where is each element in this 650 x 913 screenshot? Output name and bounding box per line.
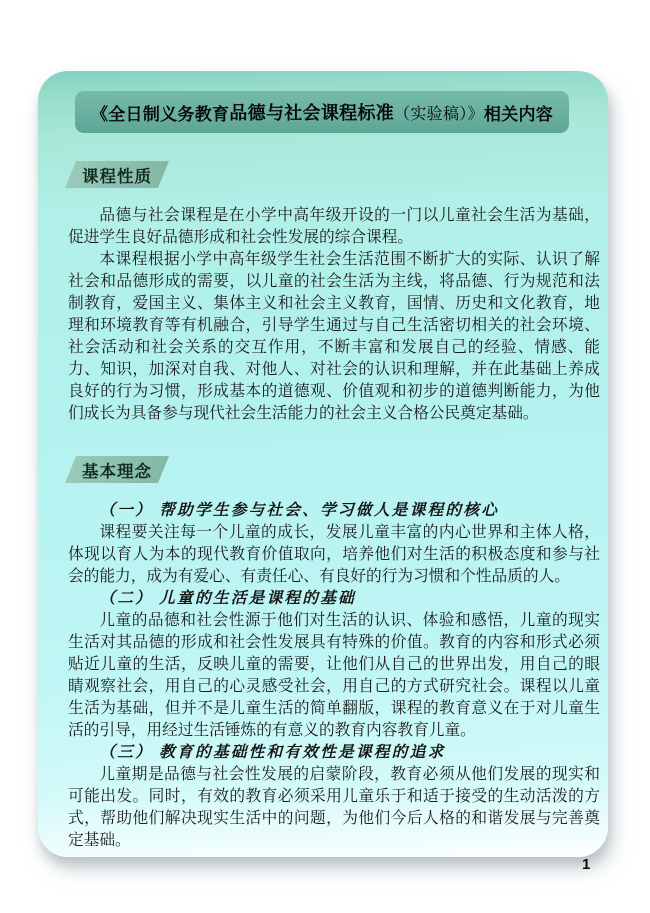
subsection-body: 儿童期是品德与社会性发展的启蒙阶段，教育必须从他们发展的现实和可能出发。同时，有… bbox=[68, 764, 600, 852]
title-emphasis: 品德与社会课程标准 bbox=[229, 99, 394, 125]
subsection-title: （一） 帮助学生参与社会、学习做人是课程的核心 bbox=[68, 500, 600, 522]
section-heading-badge-basic-ideas: 基本理念 bbox=[65, 456, 169, 483]
title-prefix: 《全日制义务教育 bbox=[91, 100, 229, 125]
section-heading-badge-course-nature: 课程性质 bbox=[65, 161, 169, 188]
paragraph: 本课程根据小学中高年级学生社会生活范围不断扩大的实际、认识了解社会和品德形成的需… bbox=[68, 249, 600, 425]
subsection-body: 儿童的品德和社会性源于他们对生活的认识、体验和感悟，儿童的现实生活对其品德的形成… bbox=[68, 610, 600, 742]
subsection-title: （二） 儿童的生活是课程的基础 bbox=[68, 588, 600, 610]
paragraph: 品德与社会课程是在小学中高年级开设的一门以儿童社会生活为基础，促进学生良好品德形… bbox=[68, 205, 600, 249]
page-number: 1 bbox=[582, 856, 590, 873]
subsection-body: 课程要关注每一个儿童的成长，发展儿童丰富的内心世界和主体人格，体现以育人为本的现… bbox=[68, 522, 600, 588]
section-heading-label: 基本理念 bbox=[82, 458, 152, 482]
title-suffix: 相关内容 bbox=[484, 100, 553, 125]
content-card: 《全日制义务教育品德与社会课程标准（实验稿）》相关内容 课程性质 品德与社会课程… bbox=[38, 71, 608, 857]
title-paren: （实验稿）》 bbox=[394, 101, 484, 124]
subsection-title: （三） 教育的基础性和有效性是课程的追求 bbox=[68, 742, 600, 764]
title-banner: 《全日制义务教育品德与社会课程标准（实验稿）》相关内容 bbox=[75, 91, 569, 133]
section-heading-label: 课程性质 bbox=[82, 163, 152, 187]
section-basic-ideas-body: （一） 帮助学生参与社会、学习做人是课程的核心 课程要关注每一个儿童的成长，发展… bbox=[68, 500, 600, 852]
section-course-nature-body: 品德与社会课程是在小学中高年级开设的一门以儿童社会生活为基础，促进学生良好品德形… bbox=[68, 205, 600, 425]
